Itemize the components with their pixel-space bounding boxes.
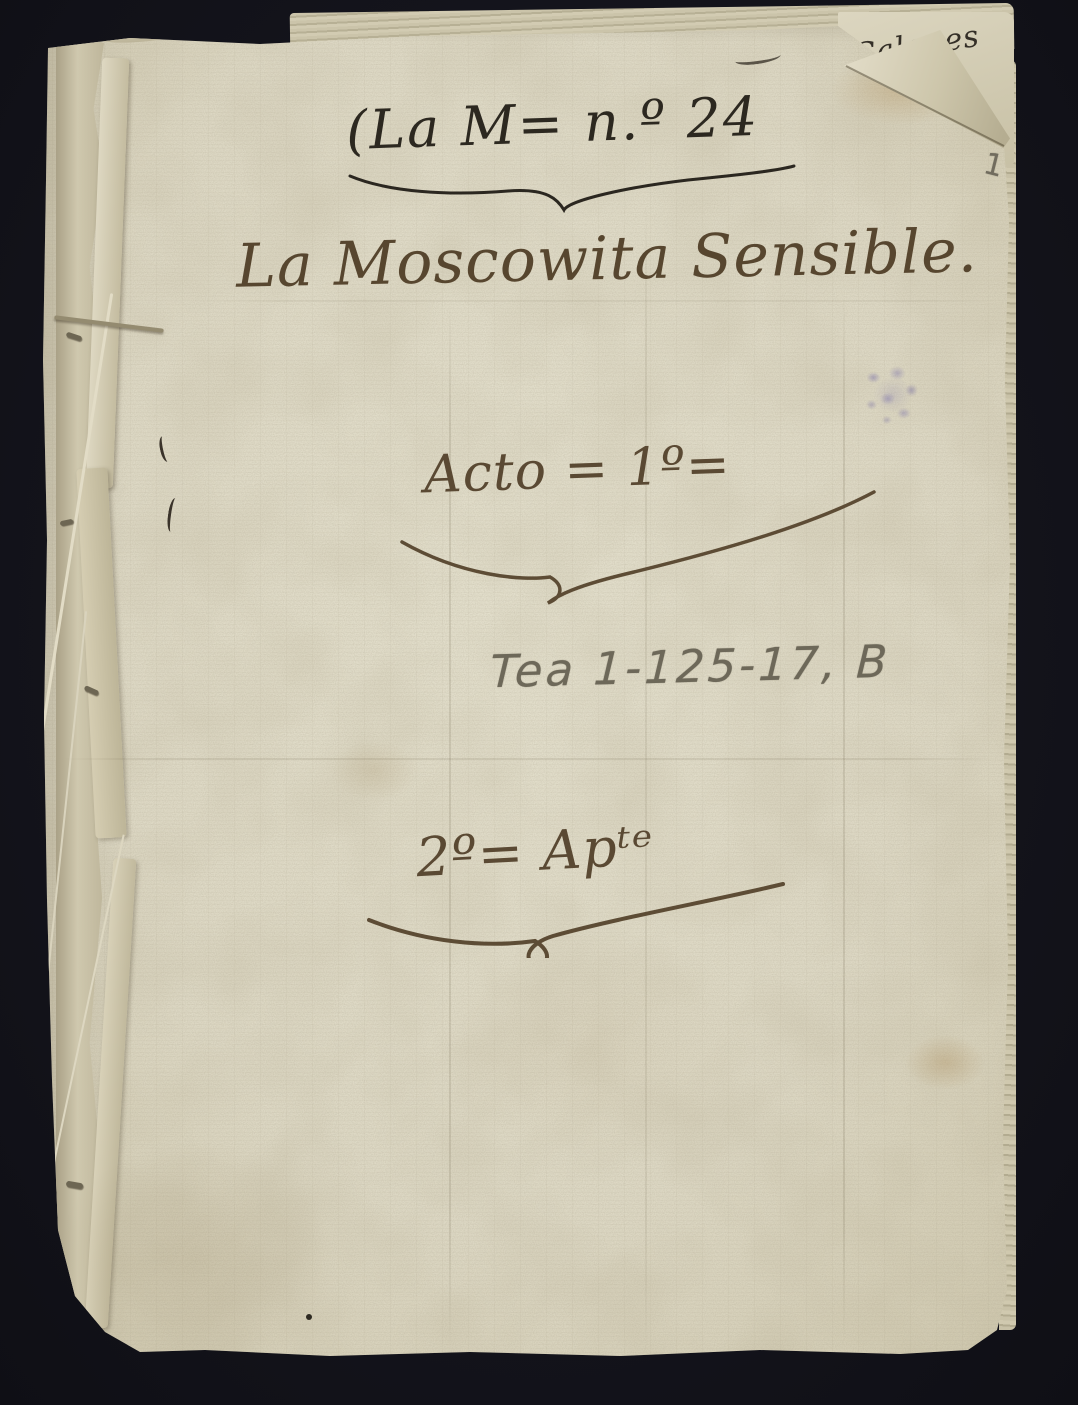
stain: [55, 1140, 335, 1380]
paper-tuft: [91, 17, 182, 45]
fold-crease: [200, 300, 1000, 302]
header-number-text: (La M= n.º 24: [345, 85, 760, 162]
stain: [430, 930, 760, 1160]
ink-dot: [306, 1314, 312, 1320]
folio-number-text: 1: [980, 146, 1007, 185]
ink-fragment: [166, 497, 181, 532]
stain: [330, 740, 420, 800]
fold-crease: [843, 290, 845, 1345]
act-text: Acto = 1º=: [423, 435, 732, 506]
ink-fragment: [157, 435, 172, 463]
ink-fragment: [734, 50, 781, 67]
title-text: La Moscowita Sensible.: [235, 216, 978, 302]
stain: [905, 1035, 985, 1090]
part-text: 2º= Apᵗᵉ: [415, 814, 656, 889]
shelfmark-pencil-text: Tea 1-125-17, B: [489, 635, 891, 699]
manuscript-photo: Calones: [0, 0, 1078, 1405]
fold-crease: [645, 200, 647, 1360]
fold-crease: [60, 758, 1000, 760]
paper-tuft: [200, 22, 271, 42]
manuscript-cover: (La M= n.º 24 La Moscowita Sensible. Act…: [0, 0, 1078, 1405]
purple-stamp-icon: [845, 352, 940, 437]
